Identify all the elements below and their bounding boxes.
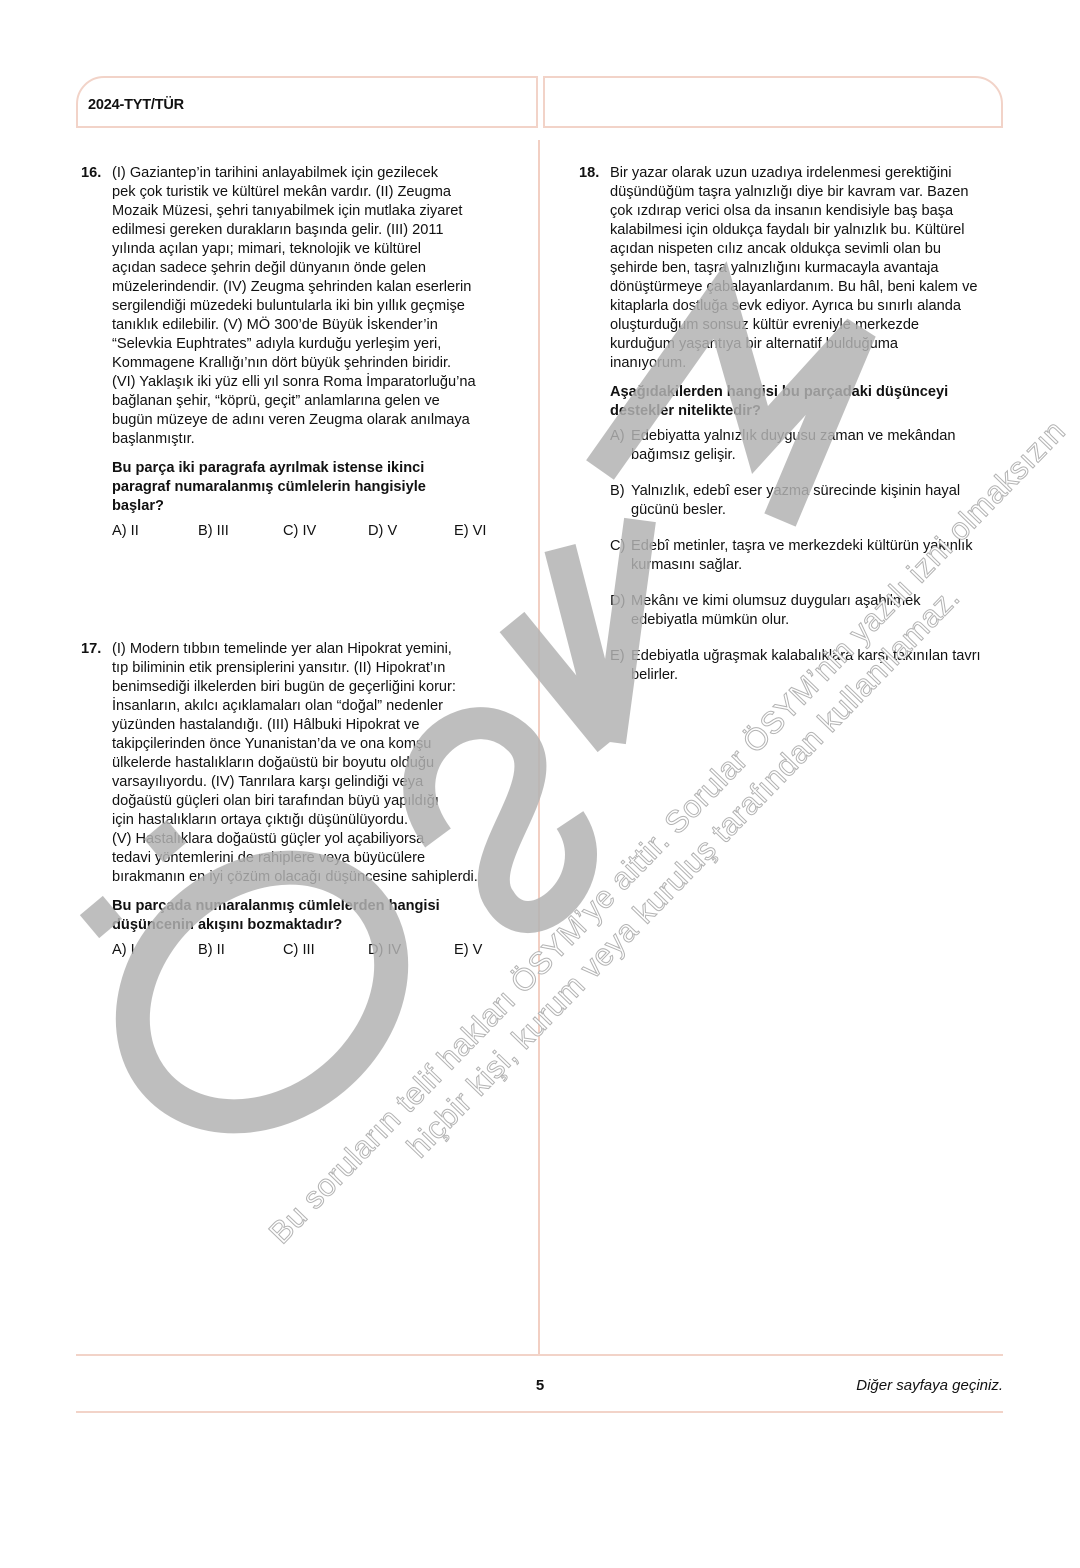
option-text-line: Edebiyatla uğraşmak kalabalıklara karşı …: [631, 647, 1029, 666]
answer-option[interactable]: E) V: [454, 941, 482, 960]
question-18: 18. Bir yazar olarak uzun uzadıya irdele…: [579, 164, 1029, 702]
answer-option[interactable]: A) I: [112, 941, 135, 960]
option-text-line: Mekânı ve kimi olumsuz duyguları aşabilm…: [631, 592, 1029, 611]
passage-line: çok ızdırap verici olsa da insanın kendi…: [610, 202, 1029, 221]
question-passage: (I) Modern tıbbın temelinde yer alan Hip…: [112, 640, 531, 887]
passage-line: yüzünden hastalandığı. (III) Hâlbuki Hip…: [112, 716, 531, 735]
next-page-note: Diğer sayfaya geçiniz.: [856, 1377, 1003, 1394]
passage-line: benimsediği ilkelerden biri bugün de geç…: [112, 678, 531, 697]
passage-line: düşündüğüm taşra yalnızlığı diye bir kav…: [610, 183, 1029, 202]
passage-line: kalabilmesi için oldukça faydalı bir yal…: [610, 221, 1029, 240]
passage-line: Mozaik Müzesi, şehri tanıyabilmek için m…: [112, 202, 531, 221]
question-stem: Bu parça iki paragrafa ayrılmak istense …: [112, 459, 531, 516]
option-text-line: kurmasını sağlar.: [631, 556, 1029, 575]
passage-line: doğaüstü güçleri olan biri tarafından bü…: [112, 792, 531, 811]
answer-options: A) IIB) IIIC) IVD) VE) VI: [112, 522, 531, 542]
question-17: 17. (I) Modern tıbbın temelinde yer alan…: [81, 640, 531, 961]
option-label: E): [610, 647, 625, 666]
option-text-line: bağımsız gelişir.: [631, 446, 1029, 465]
header-right-box: [543, 76, 1003, 128]
option-label: B): [610, 482, 625, 501]
footer-top-rule: [76, 1354, 1003, 1356]
stem-line: Aşağıdakilerden hangisi bu parçadaki düş…: [610, 383, 1029, 402]
answer-option[interactable]: A)Edebiyatta yalnızlık duygusu zaman ve …: [610, 427, 1029, 465]
passage-line: Bir yazar olarak uzun uzadıya irdelenmes…: [610, 164, 1029, 183]
passage-line: İnsanların, akılcı açıklamaları olan “do…: [112, 697, 531, 716]
passage-line: takipçilerinden önce Yunanistan’da ve on…: [112, 735, 531, 754]
question-16: 16. (I) Gaziantep’in tarihini anlayabilm…: [81, 164, 531, 542]
answer-option[interactable]: C) IV: [283, 522, 316, 541]
stem-line: Bu parçada numaralanmış cümlelerden hang…: [112, 897, 531, 916]
exam-title: 2024-TYT/TÜR: [88, 97, 184, 113]
passage-line: pek çok turistik ve kültürel mekân vardı…: [112, 183, 531, 202]
passage-line: ülkelerde hastalıkların doğaüstü bir boy…: [112, 754, 531, 773]
passage-line: (V) Hastalıklara doğaüstü güçler yol aça…: [112, 830, 531, 849]
passage-line: edilmesi gereken durakların başında geli…: [112, 221, 531, 240]
passage-line: açıdan nispeten cılız ancak oldukça sevi…: [610, 240, 1029, 259]
option-text-line: Edebî metinler, taşra ve merkezdeki kült…: [631, 537, 1029, 556]
passage-line: tanıklık edilebilir. (V) MÖ 300’de Büyük…: [112, 316, 531, 335]
passage-line: için hastalıkların ortaya çıktığı düşünü…: [112, 811, 531, 830]
passage-line: oluşturduğum sonsuz kültür evreniyle mer…: [610, 316, 1029, 335]
question-stem: Bu parçada numaralanmış cümlelerden hang…: [112, 897, 531, 935]
answer-option[interactable]: C) III: [283, 941, 315, 960]
answer-option[interactable]: D) V: [368, 522, 397, 541]
stem-line: başlar?: [112, 497, 531, 516]
stem-line: düşüncenin akışını bozmaktadır?: [112, 916, 531, 935]
option-label: A): [610, 427, 625, 446]
question-passage: (I) Gaziantep’in tarihini anlayabilmek i…: [112, 164, 531, 449]
passage-line: açıdan sadece şehrin değil dünyanın önde…: [112, 259, 531, 278]
question-stem: Aşağıdakilerden hangisi bu parçadaki düş…: [610, 383, 1029, 421]
stem-line: paragraf numaralanmış cümlelerin hangisi…: [112, 478, 531, 497]
question-passage: Bir yazar olarak uzun uzadıya irdelenmes…: [610, 164, 1029, 373]
answer-option[interactable]: D)Mekânı ve kimi olumsuz duyguları aşabi…: [610, 592, 1029, 630]
passage-line: sergilendiği müzedeki buluntularla iki b…: [112, 297, 531, 316]
stem-line: Bu parça iki paragrafa ayrılmak istense …: [112, 459, 531, 478]
footer-bottom-rule: [76, 1411, 1003, 1413]
answer-option[interactable]: B) III: [198, 522, 229, 541]
answer-option[interactable]: B) II: [198, 941, 225, 960]
passage-line: yılında açılan yapı; mimari, teknolojik …: [112, 240, 531, 259]
answer-option[interactable]: D) IV: [368, 941, 401, 960]
question-number: 16.: [81, 164, 101, 183]
passage-line: (I) Gaziantep’in tarihini anlayabilmek i…: [112, 164, 531, 183]
passage-line: inanıyorum.: [610, 354, 1029, 373]
passage-line: (VI) Yaklaşık iki yüz elli yıl sonra Rom…: [112, 373, 531, 392]
passage-line: bugün müzeye de adını veren Zeugma olara…: [112, 411, 531, 430]
answer-option[interactable]: E) VI: [454, 522, 486, 541]
option-label: C): [610, 537, 625, 556]
answer-option[interactable]: B)Yalnızlık, edebî eser yazma sürecinde …: [610, 482, 1029, 520]
answer-options: A)Edebiyatta yalnızlık duygusu zaman ve …: [610, 427, 1029, 685]
option-text-line: Edebiyatta yalnızlık duygusu zaman ve me…: [631, 427, 1029, 446]
option-text-line: edebiyatla mümkün olur.: [631, 611, 1029, 630]
column-divider: [538, 140, 540, 1356]
passage-line: (I) Modern tıbbın temelinde yer alan Hip…: [112, 640, 531, 659]
passage-line: “Selevkia Euphtrates” adıyla kurduğu yer…: [112, 335, 531, 354]
passage-line: tedavi yöntemlerini de rahiplere veya bü…: [112, 849, 531, 868]
answer-options: A) IB) IIC) IIID) IVE) V: [112, 941, 531, 961]
header-left-box: 2024-TYT/TÜR: [76, 76, 538, 128]
passage-line: bağlanan şehir, “köprü, geçit” anlamları…: [112, 392, 531, 411]
stem-line: destekler niteliktedir?: [610, 402, 1029, 421]
passage-line: dönüştürmeye çabalayanlardanım. Bu hâl, …: [610, 278, 1029, 297]
passage-line: başlanmıştır.: [112, 430, 531, 449]
option-label: D): [610, 592, 625, 611]
question-number: 18.: [579, 164, 599, 183]
passage-line: kurduğum yaşantıya bir alternatif bulduğ…: [610, 335, 1029, 354]
option-text-line: gücünü besler.: [631, 501, 1029, 520]
question-number: 17.: [81, 640, 101, 659]
option-text-line: belirler.: [631, 666, 1029, 685]
answer-option[interactable]: A) II: [112, 522, 139, 541]
passage-line: Kommagene Krallığı’nın dört büyük şehrin…: [112, 354, 531, 373]
passage-line: şehirde ben, taşra yalnızlığını kurmacay…: [610, 259, 1029, 278]
option-text-line: Yalnızlık, edebî eser yazma sürecinde ki…: [631, 482, 1029, 501]
passage-line: kitaplarla dostluğa sevk ediyor. Ayrıca …: [610, 297, 1029, 316]
answer-option[interactable]: E)Edebiyatla uğraşmak kalabalıklara karş…: [610, 647, 1029, 685]
passage-line: müzelerindendir. (IV) Zeugma şehrinden k…: [112, 278, 531, 297]
passage-line: varsayılıyordu. (IV) Tanrılara karşı gel…: [112, 773, 531, 792]
passage-line: bırakmanın en iyi çözüm olacağı düşünces…: [112, 868, 531, 887]
answer-option[interactable]: C)Edebî metinler, taşra ve merkezdeki kü…: [610, 537, 1029, 575]
passage-line: tıp biliminin etik prensiplerini yansıtı…: [112, 659, 531, 678]
